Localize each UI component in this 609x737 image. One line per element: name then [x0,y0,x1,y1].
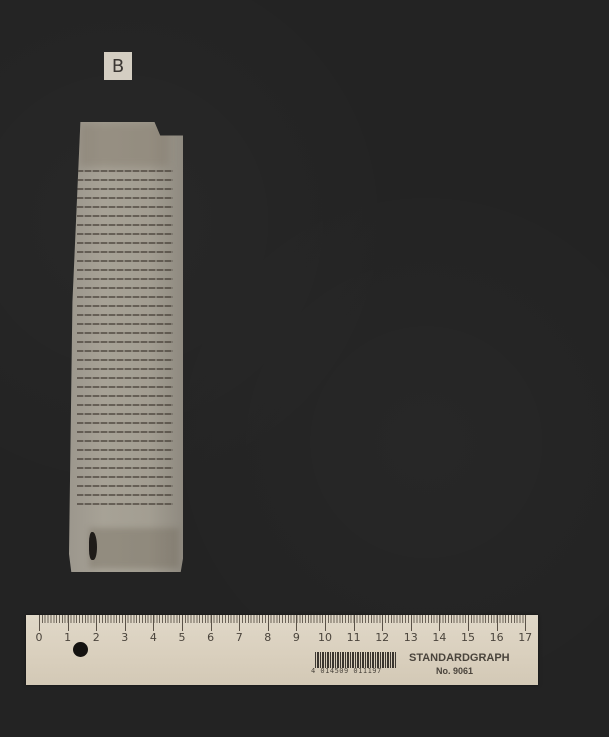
manuscript-fragment [69,122,183,572]
ruler-number: 16 [490,631,504,644]
ruler-number: 4 [150,631,157,644]
ruler-number: 0 [36,631,43,644]
ruler-hang-hole [73,642,88,657]
ruler-number: 12 [375,631,389,644]
ruler-major-tick [211,615,212,631]
ruler-major-tick [296,615,297,631]
parchment-stain-bottom [89,528,179,568]
barcode-number: 4 014509 011197 [311,667,382,675]
ruler-major-tick [468,615,469,631]
ruler-number: 11 [347,631,361,644]
ruler-major-tick [439,615,440,631]
ruler-number: 9 [293,631,300,644]
ruler-major-tick [354,615,355,631]
ruler-major-tick [239,615,240,631]
ruler-number: 6 [207,631,214,644]
measuring-ruler: 01234567891011121314151617 4 014509 0111… [26,615,538,685]
specimen-letter: B [112,56,124,77]
ruler-number: 7 [236,631,243,644]
ruler-number: 3 [121,631,128,644]
ruler-major-tick [411,615,412,631]
ruler-major-tick [182,615,183,631]
ruler-model: No. 9061 [436,666,473,676]
ruler-major-tick [325,615,326,631]
barcode-icon [315,652,397,668]
ruler-major-tick [525,615,526,631]
ruler-major-tick [68,615,69,631]
ruler-number: 14 [432,631,446,644]
specimen-label-card: B [104,52,132,80]
ruler-number: 2 [93,631,100,644]
ruler-major-tick [268,615,269,631]
parchment-tear [89,532,97,560]
ruler-number: 1 [64,631,71,644]
ruler-major-tick [382,615,383,631]
ruler-number: 5 [179,631,186,644]
ruler-number: 15 [461,631,475,644]
ruler-major-tick [497,615,498,631]
ruler-number: 10 [318,631,332,644]
ruler-minor-ticks [39,615,525,629]
parchment-stain-top [79,122,169,167]
ruler-number: 17 [518,631,532,644]
ruler-major-tick [96,615,97,631]
handwritten-text [77,167,173,507]
ruler-number: 8 [264,631,271,644]
ruler-major-tick [153,615,154,631]
ruler-major-tick [125,615,126,631]
ruler-number: 13 [404,631,418,644]
ruler-major-tick [39,615,40,631]
ruler-brand: STANDARDGRAPH [409,652,510,664]
